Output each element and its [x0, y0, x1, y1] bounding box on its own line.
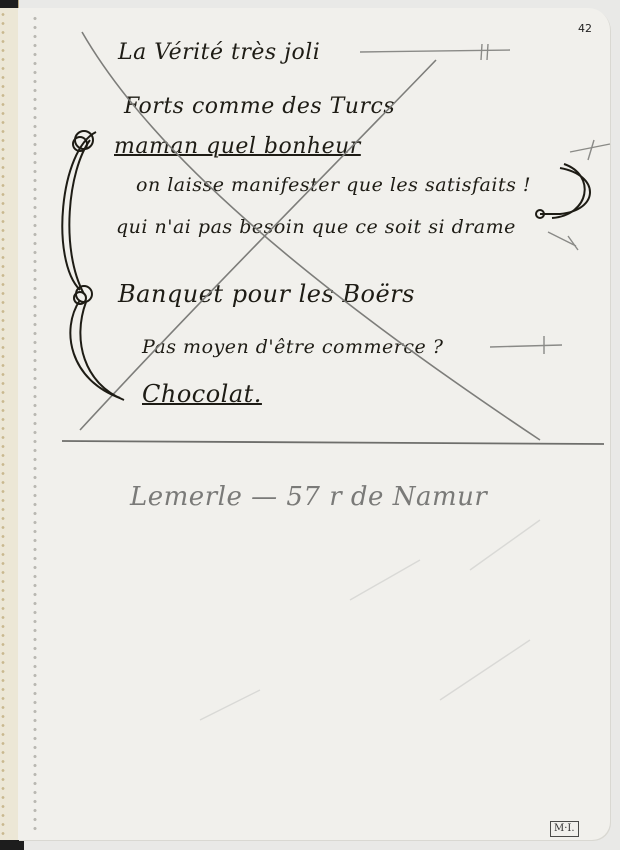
binding-edge-top — [0, 0, 18, 8]
notebook-page: 42 La Vérité très joli Forts comme des T… — [18, 8, 610, 840]
note-line-6: Banquet pour les Boërs — [118, 280, 415, 308]
binding-edge-bottom — [0, 840, 24, 850]
note-line-2: Forts comme des Turcs — [124, 94, 395, 119]
pencil-address: Lemerle — 57 r de Namur — [130, 482, 487, 512]
collection-stamp: M·I. — [550, 821, 579, 837]
notebook-binding — [0, 0, 19, 850]
note-line-4: on laisse manifester que les satisfaits … — [136, 174, 531, 196]
note-line-3: maman quel bonheur — [114, 134, 361, 159]
note-line-1: La Vérité très joli — [118, 40, 320, 65]
page-perforations — [32, 14, 38, 834]
page-number: 42 — [578, 22, 592, 35]
note-line-5: qui n'ai pas besoin que ce soit si drame — [116, 216, 516, 238]
note-line-7: Pas moyen d'être commerce ? — [142, 336, 443, 358]
binding-perforations — [1, 10, 5, 840]
note-line-8: Chocolat. — [142, 380, 262, 408]
